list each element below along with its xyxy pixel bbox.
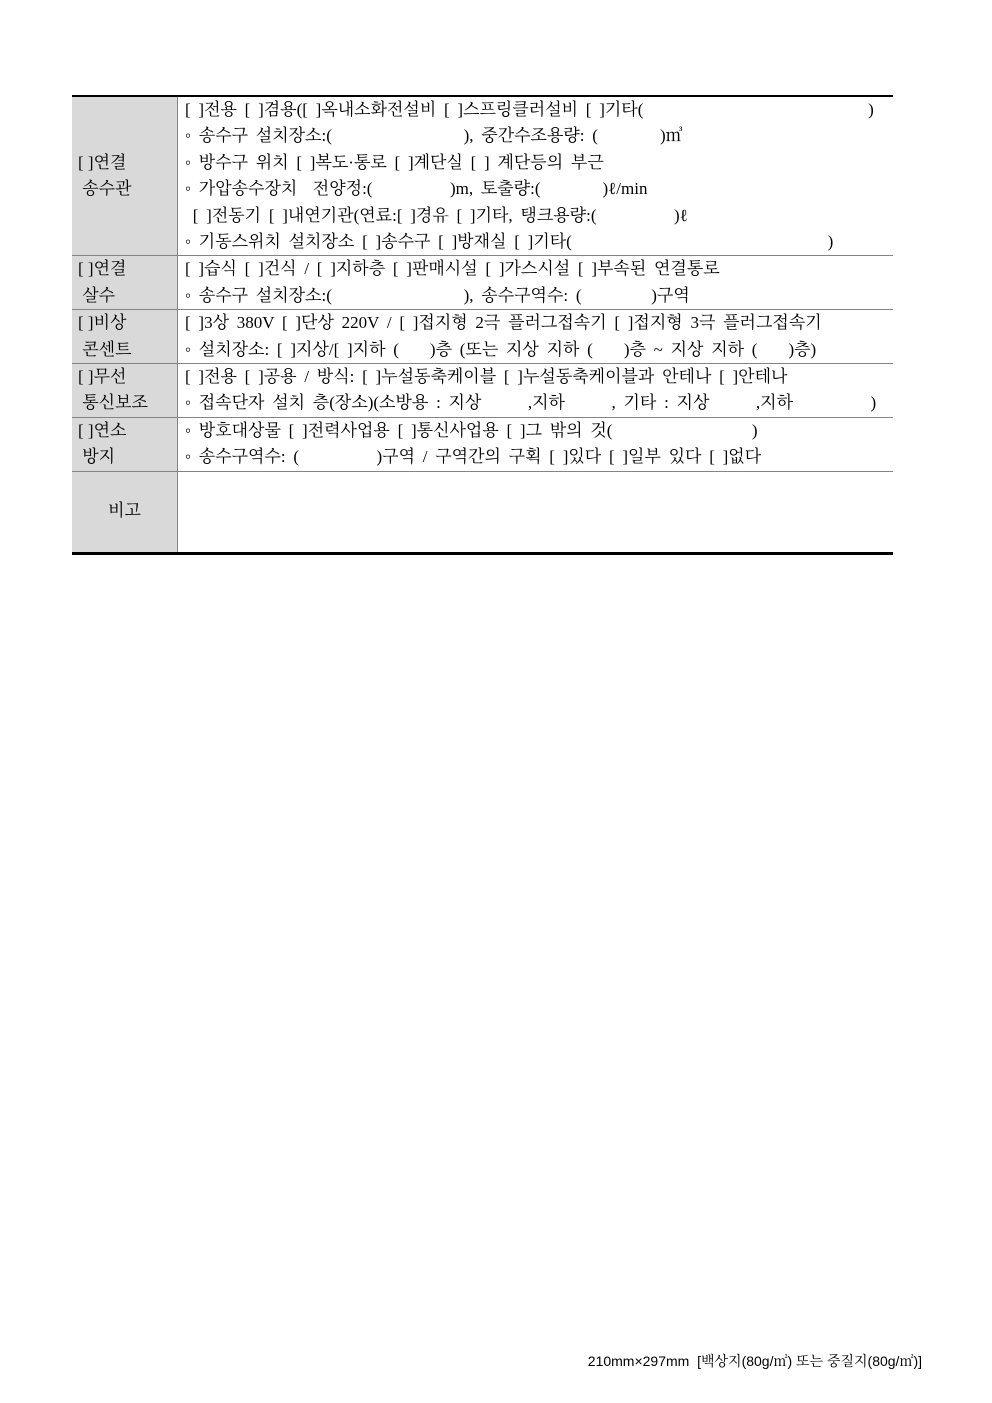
row-header-label: 비고: [108, 498, 141, 524]
row-header: 비고: [72, 472, 178, 552]
row-content: [ ]습식 [ ]건식 / [ ]지하층 [ ]판매시설 [ ]가스시설 [ ]…: [178, 256, 893, 309]
row-header: [ ]연결 살수: [72, 256, 178, 309]
paper-size-note: 210mm×297mm [백상지(80g/㎡) 또는 중질지(80g/㎡)]: [588, 1351, 922, 1371]
form-line: ◦ 방수구 위치 [ ]복도·통로 [ ]계단실 [ ] 계단등의 부근: [185, 150, 893, 176]
row-header-label: 방지: [78, 444, 177, 470]
form-line: [ ]전용 [ ]공용 / 방식: [ ]누설동축케이블 [ ]누설동축케이블과…: [185, 364, 893, 390]
form-line: ◦ 송수구 설치장소:( ), 중간수조용량: ( )㎥: [185, 123, 893, 149]
row-header: [ ]연소 방지: [72, 418, 178, 471]
row-content: ◦ 방호대상물 [ ]전력사업용 [ ]통신사업용 [ ]그 밖의 것( )◦ …: [178, 418, 893, 471]
table-row: [ ]비상 콘센트[ ]3상 380V [ ]단상 220V / [ ]접지형 …: [72, 310, 893, 364]
form-line: ◦ 설치장소: [ ]지상/[ ]지하 ( )층 (또는 지상 지하 ( )층 …: [185, 337, 893, 363]
row-header-label: 콘센트: [78, 337, 177, 363]
table-row: [ ]연소 방지◦ 방호대상물 [ ]전력사업용 [ ]통신사업용 [ ]그 밖…: [72, 418, 893, 472]
row-content: [ ]3상 380V [ ]단상 220V / [ ]접지형 2극 플러그접속기…: [178, 310, 893, 363]
row-header-label: [ ]비상: [78, 310, 177, 336]
table-row: 비고: [72, 472, 893, 552]
form-line: [ ]습식 [ ]건식 / [ ]지하층 [ ]판매시설 [ ]가스시설 [ ]…: [185, 256, 893, 282]
table-row: [ ]무선 통신보조[ ]전용 [ ]공용 / 방식: [ ]누설동축케이블 […: [72, 364, 893, 418]
row-header-label: 통신보조: [78, 390, 177, 416]
form-line: [ ]전동기 [ ]내연기관(연료:[ ]경유 [ ]기타, 탱크용량:( )ℓ: [185, 203, 893, 229]
row-header-label: [ ]연소: [78, 418, 177, 444]
form-line: [ ]3상 380V [ ]단상 220V / [ ]접지형 2극 플러그접속기…: [185, 310, 893, 336]
row-header-label: [ ]연결: [78, 256, 177, 282]
row-content: [ ]전용 [ ]겸용([ ]옥내소화전설비 [ ]스프링클러설비 [ ]기타(…: [178, 97, 893, 255]
table-row: [ ]연결 살수[ ]습식 [ ]건식 / [ ]지하층 [ ]판매시설 [ ]…: [72, 256, 893, 310]
fire-facility-form-table: [ ]연결 송수관[ ]전용 [ ]겸용([ ]옥내소화전설비 [ ]스프링클러…: [72, 95, 893, 555]
row-header-label: [ ]무선: [78, 364, 177, 390]
form-line: ◦ 송수구역수: ( )구역 / 구역간의 구획 [ ]있다 [ ]일부 있다 …: [185, 444, 893, 470]
form-line: ◦ 가압송수장치 전양정:( )m, 토출량:( )ℓ/min: [185, 176, 893, 202]
form-line: ◦ 송수구 설치장소:( ), 송수구역수: ( )구역: [185, 283, 893, 309]
row-header-label: [ ]연결: [78, 150, 177, 176]
form-line: [ ]전용 [ ]겸용([ ]옥내소화전설비 [ ]스프링클러설비 [ ]기타(…: [185, 97, 893, 123]
row-header: [ ]연결 송수관: [72, 97, 178, 255]
row-header-label: 살수: [78, 283, 177, 309]
table-row: [ ]연결 송수관[ ]전용 [ ]겸용([ ]옥내소화전설비 [ ]스프링클러…: [72, 97, 893, 256]
row-content: [ ]전용 [ ]공용 / 방식: [ ]누설동축케이블 [ ]누설동축케이블과…: [178, 364, 893, 417]
form-line: ◦ 접속단자 설치 층(장소)(소방용 : 지상 ,지하 , 기타 : 지상 ,…: [185, 390, 893, 416]
form-line: ◦ 방호대상물 [ ]전력사업용 [ ]통신사업용 [ ]그 밖의 것( ): [185, 418, 893, 444]
form-line: ◦ 기동스위치 설치장소 [ ]송수구 [ ]방재실 [ ]기타( ): [185, 229, 893, 255]
row-content: [178, 472, 893, 552]
row-header: [ ]무선 통신보조: [72, 364, 178, 417]
row-header: [ ]비상 콘센트: [72, 310, 178, 363]
row-header-label: 송수관: [78, 176, 177, 202]
